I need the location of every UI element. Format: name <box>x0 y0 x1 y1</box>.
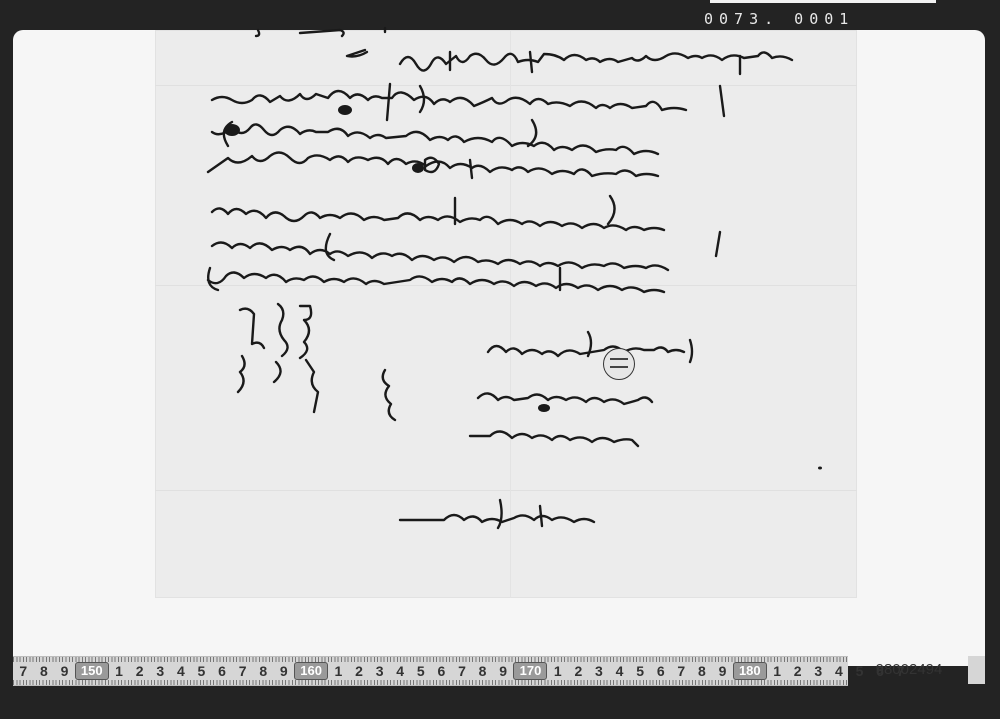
ruler-label: 6 <box>212 662 233 680</box>
ruler-label: 5 <box>191 662 212 680</box>
ruler-label: 4 <box>609 662 630 680</box>
ruler-label-major: 180 <box>733 662 767 680</box>
ruler-label: 9 <box>712 662 733 680</box>
ruler-label: 9 <box>274 662 295 680</box>
text-line <box>212 120 658 154</box>
ruler-label: 8 <box>692 662 713 680</box>
ruler-label: 2 <box>568 662 589 680</box>
ruler-label: 4 <box>390 662 411 680</box>
ruler-label: 1 <box>767 662 788 680</box>
ruler-label: 8 <box>472 662 493 680</box>
ruler-label: 7 <box>452 662 473 680</box>
text-line <box>400 52 792 74</box>
ruler-label: 6 <box>431 662 452 680</box>
ruler-label-major: 160 <box>294 662 328 680</box>
ruler-label: 7 <box>13 662 34 680</box>
ruler-label: 1 <box>109 662 130 680</box>
addressee-line <box>400 500 594 528</box>
ruler-label-major: 170 <box>513 662 547 680</box>
ruler-label: 9 <box>493 662 514 680</box>
ruler-label: 3 <box>808 662 829 680</box>
signature-line <box>488 332 692 362</box>
ruler-label: 1 <box>547 662 568 680</box>
side-note <box>238 304 395 420</box>
ruler-ticks <box>13 680 848 685</box>
ruler-label: 3 <box>589 662 610 680</box>
ruler-label: 5 <box>630 662 651 680</box>
ruler-label: 4 <box>829 662 850 680</box>
ruler-label: 5 <box>411 662 432 680</box>
text-line <box>212 196 664 230</box>
ruler-label: 1 <box>328 662 349 680</box>
text-line <box>212 84 724 120</box>
ruler-label: 8 <box>34 662 55 680</box>
ruler-label: 9 <box>54 662 75 680</box>
text-line <box>208 268 664 292</box>
ruler-end <box>968 656 985 684</box>
ruler-label: 6 <box>650 662 671 680</box>
measurement-ruler: 7 8 9 150 1 2 3 4 5 6 7 8 9 160 1 2 3 4 … <box>13 656 848 686</box>
seal-stamp <box>603 348 635 380</box>
ruler-label: 7 <box>232 662 253 680</box>
text-line <box>208 152 658 178</box>
ruler-label: 8 <box>253 662 274 680</box>
ruler-label: 2 <box>129 662 150 680</box>
ruler-label: 2 <box>787 662 808 680</box>
ruler-label: 7 <box>671 662 692 680</box>
date-line <box>470 393 652 446</box>
ruler-labels: 7 8 9 150 1 2 3 4 5 6 7 8 9 160 1 2 3 4 … <box>13 662 848 680</box>
ruler-label-major: 150 <box>75 662 109 680</box>
ruler-label: 4 <box>171 662 192 680</box>
ruler-label: 3 <box>150 662 171 680</box>
catalog-number: 98002494 <box>850 656 968 684</box>
ruler-label: 3 <box>369 662 390 680</box>
text-line <box>212 232 720 270</box>
ruler-label: 2 <box>349 662 370 680</box>
handwriting-ink <box>0 0 1000 719</box>
